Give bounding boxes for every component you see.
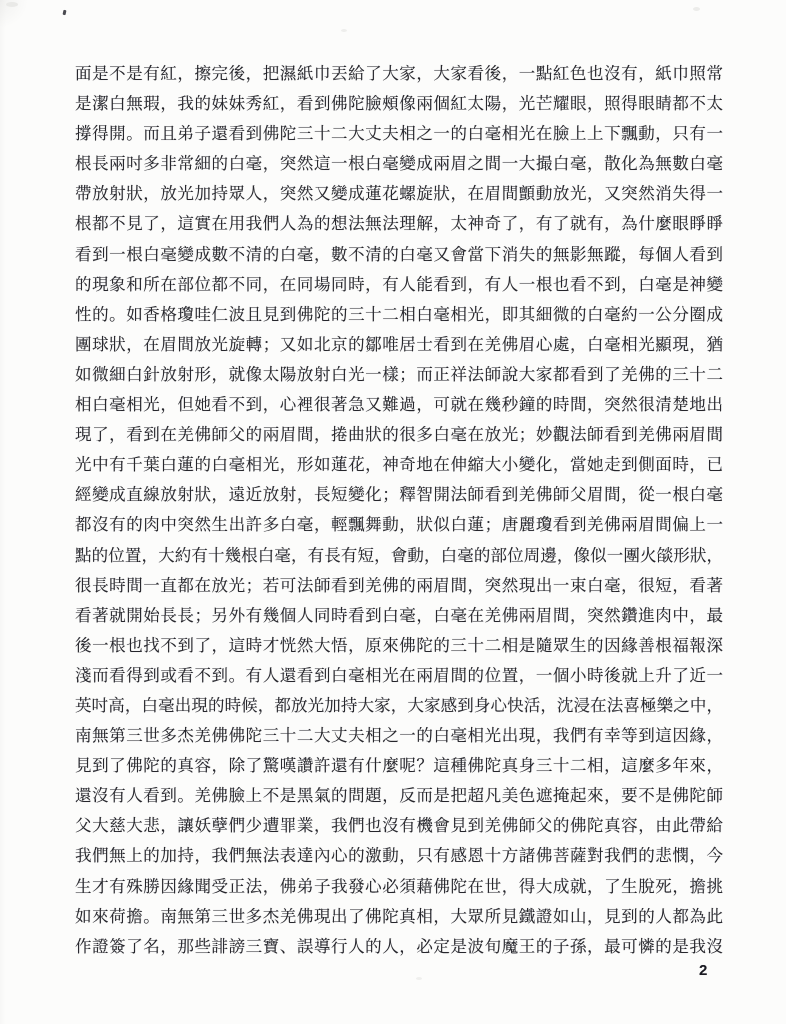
text-line: 生才有殊勝因緣聞受正法，佛弟子我發心必須藉佛陀在世，得大成就，了生脫死，擔挑 — [75, 872, 723, 902]
text-line: 面是不是有紅，擦完後，把濕紙巾丟給了大家，大家看後，一點紅色也沒有，紙巾照常 — [75, 59, 723, 89]
scan-speck — [63, 10, 67, 16]
text-line: 很長時間一直都在放光；若可法師看到羌佛的兩眉間，突然現出一束白毫，很短，看著 — [75, 571, 723, 601]
text-line: 我們無上的加持，我們無法表達內心的激動，只有感恩十方諸佛菩薩對我們的悲憫，今 — [75, 841, 723, 871]
text-line: 還沒有人看到。羌佛臉上不是黑氣的問題，反而是把超凡美色遮掩起來，要不是佛陀師 — [75, 781, 723, 811]
scan-speck — [6, 2, 18, 7]
text-line: 帶放射狀，放光加持眾人，突然又變成蓮花螺旋狀，在眉間顫動放光，又突然消失得一 — [75, 179, 723, 209]
body-text: 面是不是有紅，擦完後，把濕紙巾丟給了大家，大家看後，一點紅色也沒有，紙巾照常是潔… — [75, 59, 723, 962]
text-line: 南無第三世多杰羌佛佛陀三十二大丈夫相之一的白毫相光出現，我們有幸等到這因緣， — [75, 721, 723, 751]
text-line: 如來荷擔。南無第三世多杰羌佛現出了佛陀真相，大眾所見鐵證如山，見到的人都為此 — [75, 902, 723, 932]
text-line: 根都不見了，這實在用我們人為的想法無法理解，太神奇了，有了就有，為什麼眼睜睜 — [75, 209, 723, 239]
scan-speck — [693, 7, 700, 11]
scanned-document-page: 面是不是有紅，擦完後，把濕紙巾丟給了大家，大家看後，一點紅色也沒有，紙巾照常是潔… — [0, 0, 786, 1024]
text-line: 見到了佛陀的真容，除了驚嘆讚許還有什麼呢？這種佛陀真身三十二相，這麼多年來， — [75, 751, 723, 781]
text-line: 父大慈大悲，讓妖孽們少遭罪業，我們也沒有機會見到羌佛師父的佛陀真容，由此帶給 — [75, 811, 723, 841]
scan-speck — [416, 977, 422, 980]
text-line: 相白毫相光，但她看不到，心裡很著急又難過，可就在幾秒鐘的時間，突然很清楚地出 — [75, 390, 723, 420]
text-line: 光中有千葉白蓮的白毫相光，形如蓮花，神奇地在伸縮大小變化，當她走到側面時，已 — [75, 450, 723, 480]
text-line: 是潔白無瑕，我的妹妹秀紅，看到佛陀臉頰像兩個紅太陽，光芒耀眼，照得眼睛都不太 — [75, 89, 723, 119]
text-line: 根長兩吋多非常細的白毫，突然這一根白毫變成兩眉之間一大撮白毫，散化為無數白毫 — [75, 149, 723, 179]
text-line: 團球狀，在眉間放光旋轉；又如北京的鄒唯居士看到在羌佛眉心處，白毫相光顯現，猶 — [75, 330, 723, 360]
text-line: 撐得開。而且弟子還看到佛陀三十二大丈夫相之一的白毫相光在臉上上下飄動，只有一 — [75, 119, 723, 149]
text-line: 經變成直線放射狀，遠近放射，長短變化；釋智開法師看到羌佛師父眉間，從一根白毫 — [75, 480, 723, 510]
text-line: 後一根也找不到了，這時才恍然大悟，原來佛陀的三十二相是隨眾生的因緣善根福報深 — [75, 631, 723, 661]
text-line: 淺而看得到或看不到。有人還看到白毫相光在兩眉間的位置，一個小時後就上升了近一 — [75, 661, 723, 691]
text-line: 看到一根白毫變成數不清的白毫，數不清的白毫又會當下消失的無影無蹤，每個人看到 — [75, 240, 723, 270]
scan-speck — [341, 29, 347, 32]
text-line: 現了，看到在羌佛師父的兩眉間，捲曲狀的很多白毫在放光；妙觀法師看到羌佛兩眉間 — [75, 420, 723, 450]
text-line: 性的。如香格瓊哇仁波且見到佛陀的三十二相白毫相光，即其細微的白毫約一公分圈成 — [75, 300, 723, 330]
text-line: 作證簽了名，那些誹謗三寶、誤導行人的人，必定是波旬魔王的子孫，最可憐的是我沒 — [75, 932, 723, 962]
text-line: 英吋高，白毫出現的時候，都放光加持大家，大家感到身心快活，沈浸在法喜極樂之中， — [75, 691, 723, 721]
text-line: 如微細白針放射形，就像太陽放射白光一樣；而正祥法師說大家都看到了羌佛的三十二 — [75, 360, 723, 390]
text-line: 都沒有的肉中突然生出許多白毫，輕飄舞動，狀似白蓮；唐麗瓊看到羌佛兩眉間偏上一 — [75, 510, 723, 540]
page-number: 2 — [699, 962, 723, 979]
text-line: 點的位置，大約有十幾根白毫，有長有短，會動，白毫的部位周邊，像似一團火燄形狀， — [75, 541, 723, 571]
text-line: 看著就開始長長；另外有幾個人同時看到白毫，白毫在羌佛兩眉間，突然鑽進肉中，最 — [75, 601, 723, 631]
text-line: 的現象和所在部位都不同，在同場同時，有人能看到，有人一根也看不到，白毫是神變 — [75, 270, 723, 300]
